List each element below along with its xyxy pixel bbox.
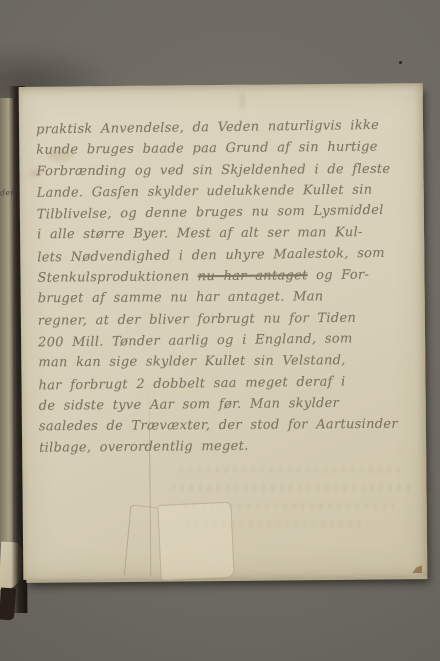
paper-repair-patch [157,502,234,581]
manuscript-photo: den? praktisk Anvendelse, da Veden natur… [0,0,440,661]
backdrop-speck [399,61,402,64]
corner-stain [412,565,422,573]
line-text: Stenkulsproduktionen [37,269,197,286]
line-text: og For- [308,268,370,284]
ink-bleedthrough [173,484,411,491]
ink-bleedthrough [180,466,405,473]
manuscript-line: Forbrænding og ved sin Skjeldenhed i de … [36,158,412,182]
manuscript-page: praktisk Anvendelse, da Veden naturligvi… [19,83,428,580]
manuscript-line: kunde bruges baade paa Grund af sin hurt… [36,136,412,161]
paper-stain [241,93,244,109]
manuscript-line: bruget af samme nu har antaget. Man [38,286,414,310]
manuscript-text: praktisk Anvendelse, da Veden naturligvi… [36,115,415,459]
struck-text: nu har antaget [198,268,308,284]
manuscript-line: saaledes de Trævæxter, der stod for Aart… [39,414,415,438]
manuscript-line: tilbage, overordentlig meget. [39,435,415,460]
paper-crease-patch [124,505,159,579]
